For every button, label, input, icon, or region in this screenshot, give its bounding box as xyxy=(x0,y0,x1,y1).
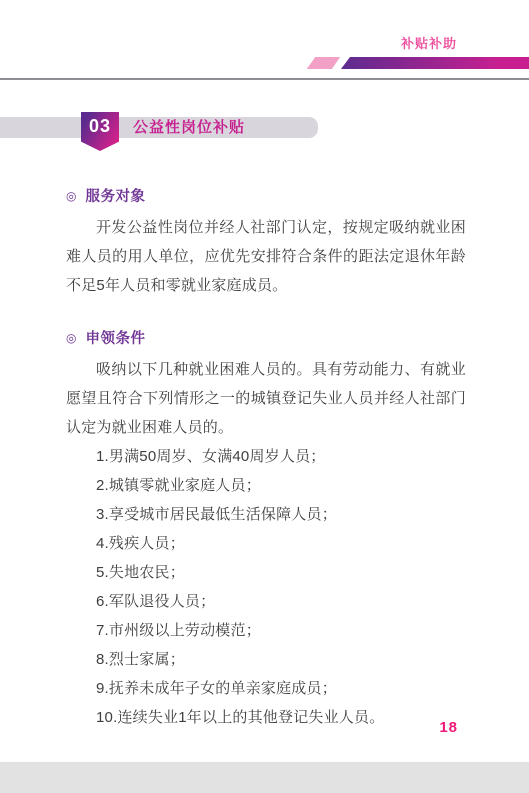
section-number-badge: 03 xyxy=(81,112,119,151)
section-banner-title: 公益性岗位补贴 xyxy=(133,117,245,138)
section-application-conditions: ◎ 申领条件 吸纳以下几种就业困难人员的。具有劳动能力、有就业愿望且符合下列情形… xyxy=(66,327,466,732)
list-item: 9.抚养未成年子女的单亲家庭成员； xyxy=(96,674,466,703)
double-circle-icon: ◎ xyxy=(66,332,76,344)
page-number: 18 xyxy=(439,719,458,736)
section-number: 03 xyxy=(89,112,111,141)
section-paragraph: 吸纳以下几种就业困难人员的。具有劳动能力、有就业愿望且符合下列情形之一的城镇登记… xyxy=(66,355,466,442)
header-divider-line xyxy=(0,78,529,80)
list-item: 3.享受城市居民最低生活保障人员； xyxy=(96,500,466,529)
list-item: 5.失地农民； xyxy=(96,558,466,587)
section-service-target: ◎ 服务对象 开发公益性岗位并经人社部门认定，按规定吸纳就业困难人员的用人单位，… xyxy=(66,185,466,300)
pink-parallelogram-shape xyxy=(307,57,340,69)
section-heading: ◎ 申领条件 xyxy=(66,327,466,348)
eligible-persons-list: 1.男满50周岁、女满40周岁人员； 2.城镇零就业家庭人员； 3.享受城市居民… xyxy=(66,442,466,732)
double-circle-icon: ◎ xyxy=(66,190,76,202)
page-content: ◎ 服务对象 开发公益性岗位并经人社部门认定，按规定吸纳就业困难人员的用人单位，… xyxy=(66,185,466,732)
list-item: 10.连续失业1年以上的其他登记失业人员。 xyxy=(96,703,466,732)
header-decor-strip xyxy=(0,57,529,69)
brochure-page: 补贴补助 03 公益性岗位补贴 ◎ 服务对象 开发公益性岗位并经人社部门认定，按… xyxy=(0,0,529,793)
list-item: 7.市州级以上劳动模范； xyxy=(96,616,466,645)
gradient-bar-shape xyxy=(341,57,529,69)
list-item: 4.残疾人员； xyxy=(96,529,466,558)
section-heading: ◎ 服务对象 xyxy=(66,185,466,206)
list-item: 2.城镇零就业家庭人员； xyxy=(96,471,466,500)
section-heading-label: 服务对象 xyxy=(85,185,145,206)
list-item: 6.军队退役人员； xyxy=(96,587,466,616)
footer-gray-band xyxy=(0,762,529,793)
section-heading-label: 申领条件 xyxy=(85,327,145,348)
section-paragraph: 开发公益性岗位并经人社部门认定，按规定吸纳就业困难人员的用人单位，应优先安排符合… xyxy=(66,213,466,300)
category-label: 补贴补助 xyxy=(401,33,457,52)
list-item: 1.男满50周岁、女满40周岁人员； xyxy=(96,442,466,471)
list-item: 8.烈士家属； xyxy=(96,645,466,674)
